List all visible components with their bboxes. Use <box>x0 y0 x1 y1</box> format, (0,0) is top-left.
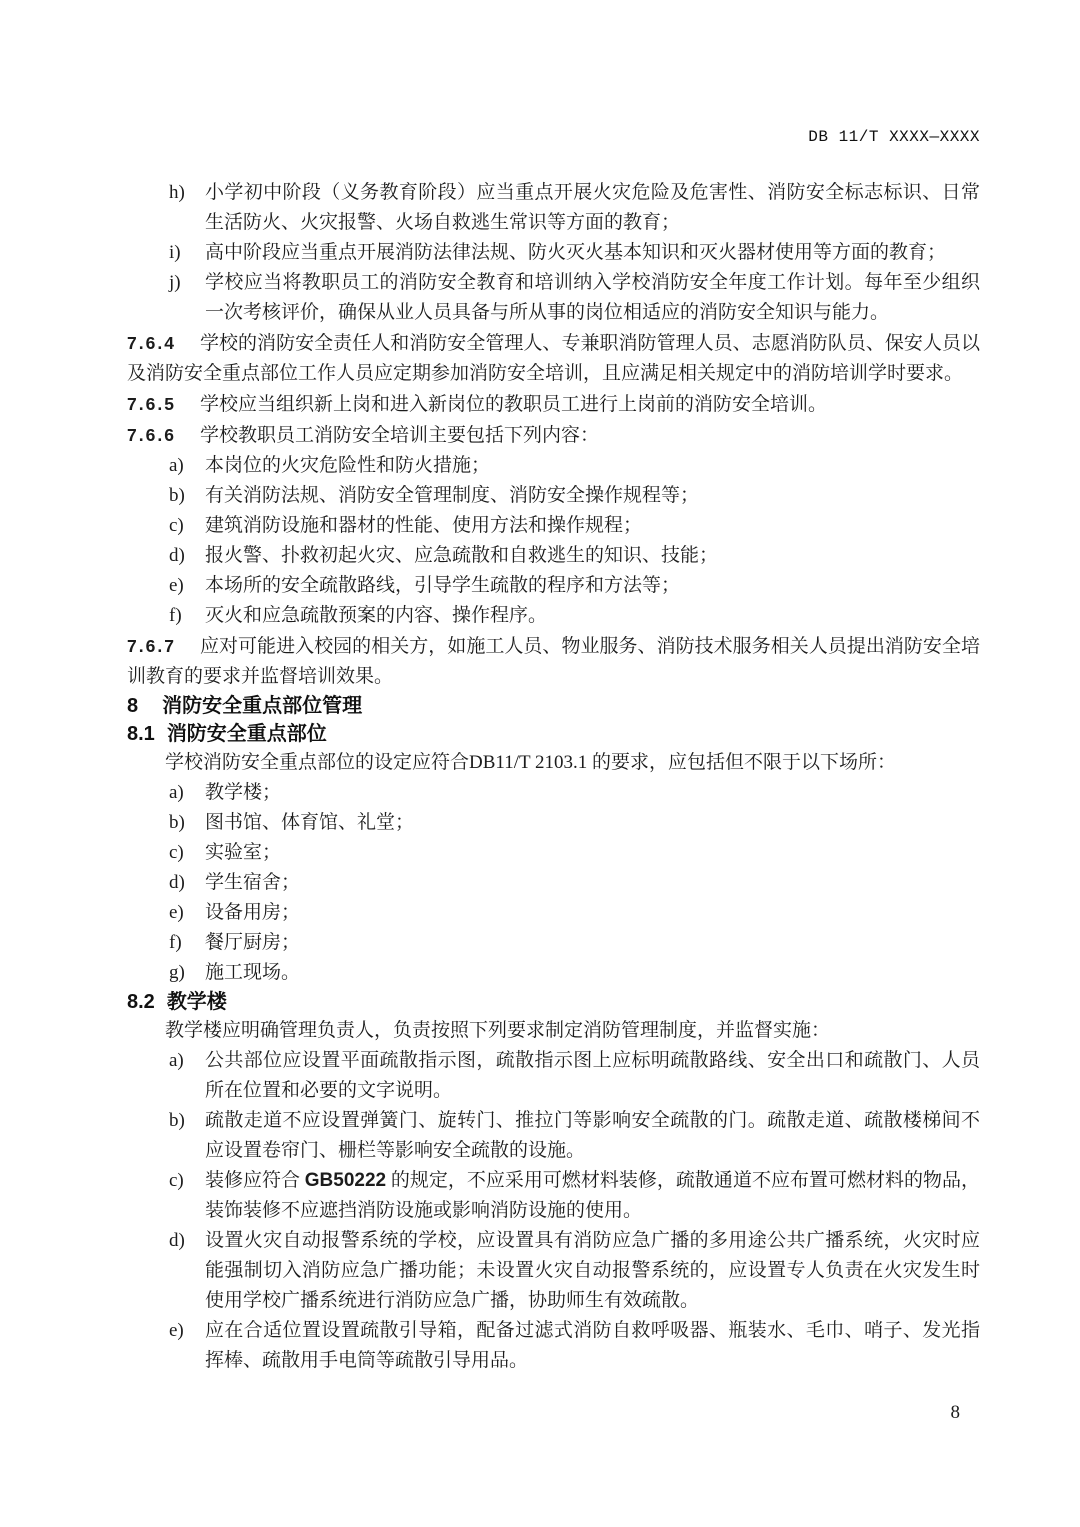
block-text: 学校应当组织新上岗和进入新岗位的教职员工进行上岗前的消防安全培训。 <box>200 394 827 415</box>
list-label: e) <box>169 571 184 601</box>
text-run: 学校应当将教职员工的消防安全教育和培训纳入学校消防安全年度工作计划。每年至少组织… <box>205 272 980 323</box>
text-run: 建筑消防设施和器材的性能、使用方法和操作规程； <box>205 515 642 536</box>
list-item-c: c)建筑消防设施和器材的性能、使用方法和操作规程； <box>127 511 980 541</box>
text-run: 疏散走道不应设置弹簧门、旋转门、推拉门等影响安全疏散的门。疏散走道、疏散楼梯间不… <box>205 1110 980 1161</box>
block-text: 小学初中阶段（义务教育阶段）应当重点开展火灾危险及危害性、消防安全标志标识、日常… <box>205 182 980 233</box>
paragraph: 教学楼应明确管理负责人，负责按照下列要求制定消防管理制度，并监督实施： <box>127 1016 980 1046</box>
block-text: 有关消防法规、消防安全管理制度、消防安全操作规程等； <box>205 485 699 506</box>
list-label: h) <box>169 178 185 208</box>
list-label: a) <box>169 1046 184 1076</box>
list-label: c) <box>169 1166 184 1196</box>
list-label: d) <box>169 541 185 571</box>
text-run: 设置火灾自动报警系统的学校，应设置具有消防应急广播的多用途公共广播系统，火灾时应… <box>205 1230 980 1311</box>
heading-number: 8.2 <box>127 991 167 1013</box>
section-heading-8.1: 8.1消防安全重点部位 <box>127 720 980 748</box>
clause-7.6.7: 7.6.7应对可能进入校园的相关方，如施工人员、物业服务、消防技术服务相关人员提… <box>127 631 980 692</box>
block-text: 学校的消防安全责任人和消防安全管理人、专兼职消防管理人员、志愿消防队员、保安人员… <box>127 333 980 384</box>
heading-number: 8 <box>127 695 162 717</box>
list-item-b: b)有关消防法规、消防安全管理制度、消防安全操作规程等； <box>127 481 980 511</box>
block-text: 学生宿舍； <box>205 872 300 893</box>
text-run: 餐厅厨房； <box>205 932 300 953</box>
list-label: a) <box>169 778 184 808</box>
clause-7.6.5: 7.6.5学校应当组织新上岗和进入新岗位的教职员工进行上岗前的消防安全培训。 <box>127 389 980 420</box>
text-run: 学校消防安全重点部位的设定应符合DB11/T 2103.1 的要求，应包括但不限… <box>165 752 896 773</box>
list-label: j) <box>169 268 181 298</box>
list-item-d: d)报火警、扑救初起火灾、应急疏散和自救逃生的知识、技能； <box>127 541 980 571</box>
text-run: 设备用房； <box>205 902 300 923</box>
text-run: 装修应符合 <box>205 1170 305 1191</box>
clause-number: 7.6.4 <box>127 333 200 353</box>
block-text: 报火警、扑救初起火灾、应急疏散和自救逃生的知识、技能； <box>205 545 718 566</box>
clause-number: 7.6.7 <box>127 636 200 656</box>
section-heading-8.2: 8.2教学楼 <box>127 988 980 1016</box>
text-run: 应对可能进入校园的相关方，如施工人员、物业服务、消防技术服务相关人员提出消防安全… <box>127 636 980 687</box>
text-run: 本场所的安全疏散路线，引导学生疏散的程序和方法等； <box>205 575 680 596</box>
clause-7.6.4: 7.6.4学校的消防安全责任人和消防安全管理人、专兼职消防管理人员、志愿消防队员… <box>127 328 980 389</box>
list-item-e: e)本场所的安全疏散路线，引导学生疏散的程序和方法等； <box>127 571 980 601</box>
text-run: 报火警、扑救初起火灾、应急疏散和自救逃生的知识、技能； <box>205 545 718 566</box>
block-text: 疏散走道不应设置弹簧门、旋转门、推拉门等影响安全疏散的门。疏散走道、疏散楼梯间不… <box>205 1110 980 1161</box>
block-text: 本岗位的火灾危险性和防火措施； <box>205 455 490 476</box>
block-text: 装修应符合 GB50222 的规定，不应采用可燃材料装修，疏散通道不应布置可燃材… <box>205 1170 980 1221</box>
text-run: 施工现场。 <box>205 962 300 983</box>
text-run: 学生宿舍； <box>205 872 300 893</box>
text-run: 本岗位的火灾危险性和防火措施； <box>205 455 490 476</box>
list-item-d: d)设置火灾自动报警系统的学校，应设置具有消防应急广播的多用途公共广播系统，火灾… <box>127 1226 980 1316</box>
block-text: 建筑消防设施和器材的性能、使用方法和操作规程； <box>205 515 642 536</box>
block-text: 餐厅厨房； <box>205 932 300 953</box>
list-label: f) <box>169 601 182 631</box>
clause-7.6.6: 7.6.6学校教职员工消防安全培训主要包括下列内容： <box>127 420 980 451</box>
block-text: 设置火灾自动报警系统的学校，应设置具有消防应急广播的多用途公共广播系统，火灾时应… <box>205 1230 980 1311</box>
heading-title: 消防安全重点部位 <box>167 723 327 745</box>
text-run: 应在合适位置设置疏散引导箱，配备过滤式消防自救呼吸器、瓶装水、毛巾、哨子、发光指… <box>205 1320 980 1371</box>
list-item-d: d)学生宿舍； <box>127 868 980 898</box>
list-item-a: a)本岗位的火灾危险性和防火措施； <box>127 451 980 481</box>
list-label: b) <box>169 1106 185 1136</box>
section-heading-8: 8消防安全重点部位管理 <box>127 692 980 720</box>
text-run: 教学楼应明确管理负责人，负责按照下列要求制定消防管理制度，并监督实施： <box>165 1020 830 1041</box>
text-run: 学校教职员工消防安全培训主要包括下列内容： <box>200 425 599 446</box>
block-text: 高中阶段应当重点开展消防法律法规、防火灭火基本知识和灭火器材使用等方面的教育； <box>205 242 946 263</box>
list-label: c) <box>169 511 184 541</box>
block-text: 设备用房； <box>205 902 300 923</box>
list-item-f: f)餐厅厨房； <box>127 928 980 958</box>
page-number: 8 <box>951 1398 961 1428</box>
block-text: 灭火和应急疏散预案的内容、操作程序。 <box>205 605 547 626</box>
list-item-e: e)应在合适位置设置疏散引导箱，配备过滤式消防自救呼吸器、瓶装水、毛巾、哨子、发… <box>127 1316 980 1376</box>
list-label: c) <box>169 838 184 868</box>
text-run: 学校应当组织新上岗和进入新岗位的教职员工进行上岗前的消防安全培训。 <box>200 394 827 415</box>
block-text: 学校应当将教职员工的消防安全教育和培训纳入学校消防安全年度工作计划。每年至少组织… <box>205 272 980 323</box>
text-run: 高中阶段应当重点开展消防法律法规、防火灭火基本知识和灭火器材使用等方面的教育； <box>205 242 946 263</box>
text-run: 学校的消防安全责任人和消防安全管理人、专兼职消防管理人员、志愿消防队员、保安人员… <box>127 333 980 384</box>
list-label: b) <box>169 481 185 511</box>
text-run: 教学楼； <box>205 782 281 803</box>
block-text: 学校教职员工消防安全培训主要包括下列内容： <box>200 425 599 446</box>
list-label: b) <box>169 808 185 838</box>
list-item-a: a)公共部位应设置平面疏散指示图，疏散指示图上应标明疏散路线、安全出口和疏散门、… <box>127 1046 980 1106</box>
block-text: 教学楼应明确管理负责人，负责按照下列要求制定消防管理制度，并监督实施： <box>165 1020 830 1041</box>
list-item-b: b)疏散走道不应设置弹簧门、旋转门、推拉门等影响安全疏散的门。疏散走道、疏散楼梯… <box>127 1106 980 1166</box>
clause-number: 7.6.6 <box>127 425 200 445</box>
list-item-c: c)装修应符合 GB50222 的规定，不应采用可燃材料装修，疏散通道不应布置可… <box>127 1166 980 1226</box>
standard-code: GB50222 <box>305 1170 386 1191</box>
list-label: f) <box>169 928 182 958</box>
list-item-g: g)施工现场。 <box>127 958 980 988</box>
list-label: d) <box>169 868 185 898</box>
list-label: g) <box>169 958 185 988</box>
block-text: 教学楼； <box>205 782 281 803</box>
document-number-header: DB 11/T XXXX—XXXX <box>127 122 980 152</box>
list-label: e) <box>169 898 184 928</box>
text-run: 有关消防法规、消防安全管理制度、消防安全操作规程等； <box>205 485 699 506</box>
doc-body: h)小学初中阶段（义务教育阶段）应当重点开展火灾危险及危害性、消防安全标志标识、… <box>127 178 980 1376</box>
text-run: 图书馆、体育馆、礼堂； <box>205 812 414 833</box>
document-page: DB 11/T XXXX—XXXX h)小学初中阶段（义务教育阶段）应当重点开展… <box>0 0 1080 1527</box>
paragraph: 学校消防安全重点部位的设定应符合DB11/T 2103.1 的要求，应包括但不限… <box>127 748 980 778</box>
block-text: 应在合适位置设置疏散引导箱，配备过滤式消防自救呼吸器、瓶装水、毛巾、哨子、发光指… <box>205 1320 980 1371</box>
list-label: d) <box>169 1226 185 1256</box>
clause-number: 7.6.5 <box>127 394 200 414</box>
list-item-a: a)教学楼； <box>127 778 980 808</box>
list-item-j: j)学校应当将教职员工的消防安全教育和培训纳入学校消防安全年度工作计划。每年至少… <box>127 268 980 328</box>
list-item-e: e)设备用房； <box>127 898 980 928</box>
heading-title: 教学楼 <box>167 991 227 1013</box>
block-text: 施工现场。 <box>205 962 300 983</box>
list-item-b: b)图书馆、体育馆、礼堂； <box>127 808 980 838</box>
heading-title: 消防安全重点部位管理 <box>162 695 362 717</box>
text-run: 公共部位应设置平面疏散指示图，疏散指示图上应标明疏散路线、安全出口和疏散门、人员… <box>205 1050 980 1101</box>
list-label: i) <box>169 238 181 268</box>
list-item-c: c)实验室； <box>127 838 980 868</box>
list-label: e) <box>169 1316 184 1346</box>
list-item-f: f)灭火和应急疏散预案的内容、操作程序。 <box>127 601 980 631</box>
list-item-i: i)高中阶段应当重点开展消防法律法规、防火灭火基本知识和灭火器材使用等方面的教育… <box>127 238 980 268</box>
text-run: 灭火和应急疏散预案的内容、操作程序。 <box>205 605 547 626</box>
text-run: 实验室； <box>205 842 281 863</box>
text-run: 小学初中阶段（义务教育阶段）应当重点开展火灾危险及危害性、消防安全标志标识、日常… <box>205 182 980 233</box>
block-text: 学校消防安全重点部位的设定应符合DB11/T 2103.1 的要求，应包括但不限… <box>165 752 896 773</box>
block-text: 公共部位应设置平面疏散指示图，疏散指示图上应标明疏散路线、安全出口和疏散门、人员… <box>205 1050 980 1101</box>
block-text: 应对可能进入校园的相关方，如施工人员、物业服务、消防技术服务相关人员提出消防安全… <box>127 636 980 687</box>
heading-number: 8.1 <box>127 723 167 745</box>
block-text: 本场所的安全疏散路线，引导学生疏散的程序和方法等； <box>205 575 680 596</box>
block-text: 图书馆、体育馆、礼堂； <box>205 812 414 833</box>
block-text: 实验室； <box>205 842 281 863</box>
list-label: a) <box>169 451 184 481</box>
list-item-h: h)小学初中阶段（义务教育阶段）应当重点开展火灾危险及危害性、消防安全标志标识、… <box>127 178 980 238</box>
